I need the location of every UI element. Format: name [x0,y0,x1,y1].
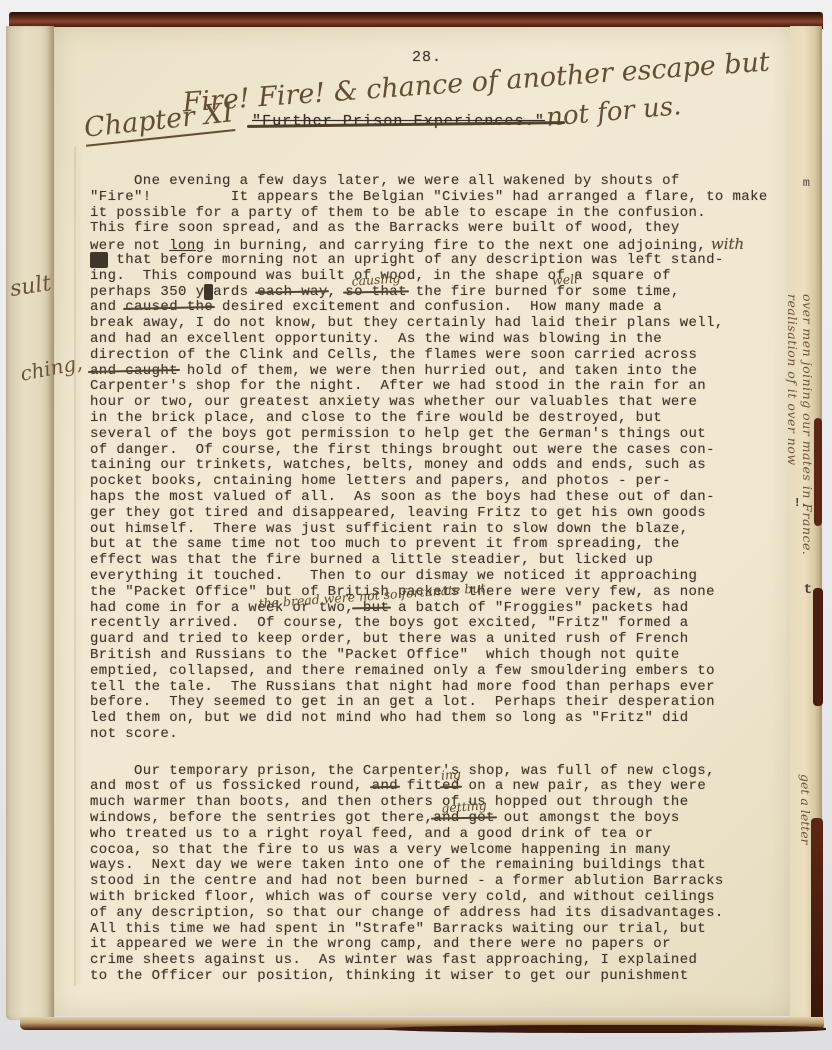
text-line: and caused the desired excitement and co… [90,300,796,316]
typed-text: haps the most valued of all. As soon as … [90,489,715,505]
typed-text: break away, I do not know, but they cert… [90,315,724,331]
paragraph: Our temporary prison, the Carpenter's sh… [90,764,796,985]
text-line: and had an excellent opportunity. As the… [90,332,796,348]
typed-text: Carpenter's shop for the night. After we… [90,378,706,394]
typed-text: recently arrived. Of course, the boys go… [90,615,689,631]
typed-text: stood in the centre and had not been bur… [90,873,724,889]
typed-text: the fire burned [407,284,548,300]
text-line: tell the tale. The Russians that night h… [90,680,796,696]
typed-text: not score. [90,726,178,742]
handwritten-escape-note-line2: not for us. [545,91,683,133]
text-line: guard and tried to keep order, but there… [90,632,796,648]
handwritten-correction: getting [441,797,487,816]
struck-text: so [90,252,108,268]
typed-text: fitt [398,778,442,794]
handwritten-correction: ing [440,766,461,783]
typed-text: some time, [583,284,680,300]
typed-text: British and Russians to the "Packet Offi… [90,647,680,663]
text-line: ing. This compound was built of wood, in… [90,269,796,285]
typed-text: and most of us fossicked round, [90,778,372,794]
typed-text: emptied, collapsed, and there remained o… [90,663,715,679]
right-margin-vertical-line2: realisation of it over now [785,294,800,764]
text-line: in the brick place, and close to the fir… [90,411,796,427]
handwritten-chapter-label: Chapter XI [83,97,235,146]
struck-text: butthe bread were not so fortunate but [354,600,389,616]
binding-tear-patch [814,418,822,526]
typed-text: Our temporary prison, the Carpenter's sh… [90,763,715,779]
text-line: not score. [90,727,796,743]
text-line: it appeared we were in the wrong camp, a… [90,937,796,953]
page-crease [74,147,76,986]
text-line: before. They seemed to get in an get a l… [90,695,796,711]
text-line: of any description, so that our change o… [90,906,796,922]
struck-text: so thatcausing [345,284,407,300]
text-line: haps the most valued of all. As soon as … [90,490,796,506]
typed-text: of any description, so that our change o… [90,905,724,921]
typed-text: One evening a few days later, we were al… [90,173,680,189]
struck-text: and gotgetting [433,810,495,826]
handwritten-correction: causing [351,271,401,290]
typed-text: guard and tried to keep order, but there… [90,631,689,647]
typed-text: with bricked floor, which was of course … [90,889,715,905]
typed-body-text: One evening a few days later, we were al… [90,174,796,985]
typed-text: a batch of "Froggies" packets had [389,600,688,616]
text-line: windows, before the sentries got there,a… [90,811,796,827]
typed-text: pocket books, cntaining home letters and… [90,473,671,489]
struck-text: and caught [90,363,178,379]
text-line: led them on, but we did not mind who had… [90,711,796,727]
struck-text: eding [442,778,460,794]
handwritten-correction: well [552,271,579,289]
typed-text: in the brick place, and close to the fir… [90,410,662,426]
manuscript-page: 28. Fire! Fire! & chance of another esca… [54,27,792,1016]
typed-text: tell the tale. The Russians that night h… [90,679,715,695]
text-line: who treated us to a right royal feed, an… [90,827,796,843]
typed-text: hold of them, we were then hurried out, … [178,363,697,379]
text-line: "Fire"! It appears the Belgian "Civies" … [90,190,796,206]
struck-text: and [372,778,398,794]
book-scan: 28. Fire! Fire! & chance of another esca… [6,12,826,1030]
text-line: and most of us fossicked round, and fitt… [90,779,796,795]
text-line: several of the boys got permission to he… [90,427,796,443]
typed-text: ards [213,284,257,300]
text-line: recently arrived. Of course, the boys go… [90,616,796,632]
typed-text: perhaps 350 y [90,284,204,300]
typed-text: who treated us to a right royal feed, an… [90,826,653,842]
text-line: Carpenter's shop for the night. After we… [90,379,796,395]
struck-text: each way [257,284,327,300]
text-line: emptied, collapsed, and there remained o… [90,664,796,680]
paragraph: One evening a few days later, we were al… [90,174,796,743]
right-margin-vertical-note-2: get a letter [798,774,813,845]
text-line: stood in the centre and had not been bur… [90,874,796,890]
handwritten-escape-note-line1: Fire! Fire! & chance of another escape b… [182,47,771,119]
text-line: perhaps 350 yeards each way, so thatcaus… [90,285,796,301]
handwritten-inline: with [706,235,744,253]
typed-text: before. They seemed to get in an get a l… [90,694,715,710]
text-line: pocket books, cntaining home letters and… [90,474,796,490]
typed-text: much warmer than boots, and then others … [90,794,689,810]
typed-text: desired excitement and confusion. How ma… [213,299,662,315]
struck-text: e [204,284,213,300]
page-stack-left-edge [6,26,54,1020]
text-line: taining our trinkets, watches, belts, mo… [90,458,796,474]
typed-text: effect was that the fire burned a little… [90,552,653,568]
text-line: crime sheets against us. As winter was f… [90,953,796,969]
typed-text: it possible for a party of them to be ab… [90,205,706,221]
text-line: hour or two, our greatest anxiety was wh… [90,395,796,411]
text-line: but at the same time not too much to pre… [90,537,796,553]
text-line: and caught hold of them, we were then hu… [90,364,796,380]
text-line: break away, I do not know, but they cert… [90,316,796,332]
typed-text: direction of the Clink and Cells, the fl… [90,347,697,363]
typed-text: it appeared we were in the wrong camp, a… [90,936,671,952]
text-line: out himself. There was just sufficient r… [90,522,796,538]
typed-text: taining our trinkets, watches, belts, mo… [90,457,706,473]
text-line: were not long in burning, and carrying f… [90,237,796,253]
typed-text: out himself. There was just sufficient r… [90,521,689,537]
text-line: so that before morning not an upright of… [90,253,796,269]
text-line: to the Officer our position, thinking it… [90,969,796,985]
typed-text: that before morning not an upright of an… [108,252,724,268]
typed-text: but at the same time not too much to pre… [90,536,680,552]
typed-text: ger they got tired and disappeared, leav… [90,505,706,521]
typed-text: and had an excellent opportunity. As the… [90,331,662,347]
typed-text: This fire soon spread, and as the Barrac… [90,220,680,236]
right-edge-fragment-m: m [803,176,810,190]
typed-text: ways. Next day we were taken into one of… [90,857,706,873]
struck-text: caused the [125,299,213,315]
typed-text: cocoa, so that the fire to us was a very… [90,842,671,858]
typed-text: of danger. Of course, the first things b… [90,442,715,458]
typed-text: forwell [548,284,583,300]
typed-text: out amongst the boys [495,810,680,826]
typed-text: All this time we had spent in "Strafe" B… [90,921,706,937]
typed-text: several of the boys got permission to he… [90,426,706,442]
text-line: British and Russians to the "Packet Offi… [90,648,796,664]
page-number: 28. [412,49,442,66]
right-margin-vertical-note: over men joining our mates in France. re… [785,294,815,764]
typed-text: "Fire"! It appears the Belgian "Civies" … [90,189,768,205]
binding-tear-patch [811,818,823,1026]
text-line: One evening a few days later, we were al… [90,174,796,190]
typed-text: to the Officer our position, thinking it… [90,968,689,984]
typed-text: on a new pair, as they were [460,778,706,794]
text-line: effect was that the fire burned a little… [90,553,796,569]
page-right-edge: m !. t over men joining our mates in Fra… [790,26,822,1018]
typed-text: led them on, but we did not mind who had… [90,710,689,726]
right-margin-vertical-line1: over men joining our mates in France. [800,294,815,764]
typed-text: windows, before the sentries got there, [90,810,433,826]
text-line: ger they got tired and disappeared, leav… [90,506,796,522]
text-line: with bricked floor, which was of course … [90,890,796,906]
typed-text: crime sheets against us. As winter was f… [90,952,697,968]
text-line: direction of the Clink and Cells, the fl… [90,348,796,364]
typed-text: everything it touched. Then to our disma… [90,568,697,584]
typed-text: and [90,299,125,315]
binding-bottom-shadow [383,1025,826,1033]
text-line: of danger. Of course, the first things b… [90,443,796,459]
text-line: ways. Next day we were taken into one of… [90,858,796,874]
text-line: had come in for a week or two, butthe br… [90,601,796,617]
text-line: This fire soon spread, and as the Barrac… [90,221,796,237]
typed-text: hour or two, our greatest anxiety was wh… [90,394,697,410]
